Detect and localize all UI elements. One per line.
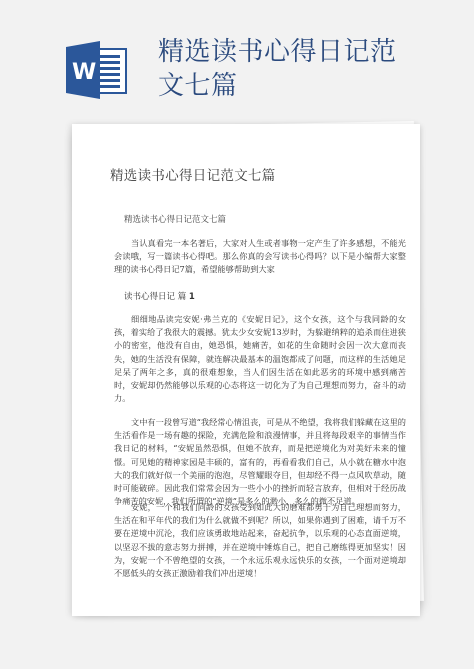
intro-paragraph: 当认真看完一本名著后，大家对人生或者事物一定产生了许多感想，不能光会读哦，写一篇… [114,237,406,277]
document-subtitle: 精选读书心得日记范文七篇 [124,213,226,225]
header-title: 精选读书心得日记范文七篇 [158,35,418,103]
body-paragraph: 细细地品读完安妮·弗兰克的《安妮日记》，这个女孩，这个与我同龄的女孩，着实给了我… [114,313,406,405]
body-paragraph: 安妮，一个和我们同龄的女孩受到如此大的磨难都勇于为自己理想而努力，生活在和平年代… [114,501,406,580]
header: W 精选读书心得日记范文七篇 [0,0,474,120]
paper-sheet: 精选读书心得日记范文七篇 精选读书心得日记范文七篇 当认真看完一本名著后，大家对… [72,124,420,616]
document-content: 精选读书心得日记范文七篇 精选读书心得日记范文七篇 当认真看完一本名著后，大家对… [72,124,420,616]
document-preview-canvas: W 精选读书心得日记范文七篇 精选读书心得日记范文七篇 精选读书心得日记范文七篇… [0,0,474,669]
svg-text:W: W [72,60,96,85]
body-paragraph: 文中有一段曾写道“我经常心情沮丧，可是从不绝望，我将我们躲藏在这里的生活看作是一… [114,416,406,508]
section-heading: 读书心得日记 篇 1 [124,290,195,302]
section-heading-label: 读书心得日记 篇 [124,292,186,302]
document-title: 精选读书心得日记范文七篇 [110,164,276,184]
word-document-icon: W [66,41,128,99]
section-number: 1 [189,292,195,302]
